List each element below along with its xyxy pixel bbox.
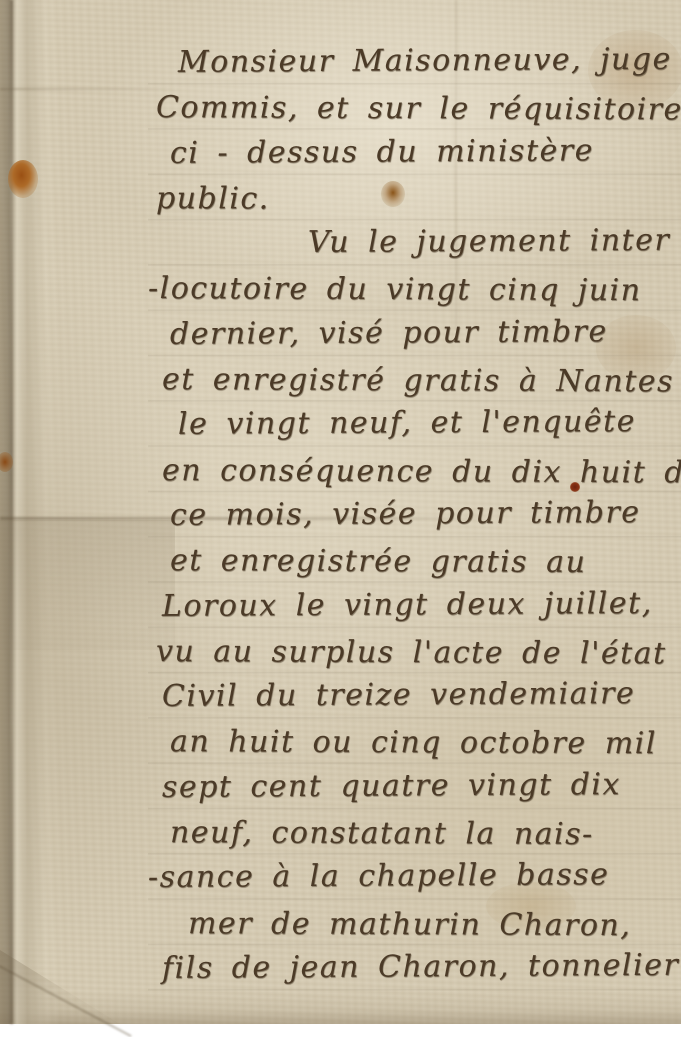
- text-line: -sance à la chapelle basse: [148, 852, 681, 901]
- rust-stain: [8, 160, 38, 198]
- text-line: vu au surplus l'acte de l'état: [148, 629, 681, 677]
- text-line: en conséquence du dix huit de: [148, 448, 681, 496]
- text-line: Commis, et sur le réquisitoire: [148, 85, 681, 133]
- text-line: ci - dessus du ministère: [148, 127, 681, 176]
- text-line: dernier, visé pour timbre: [148, 308, 681, 357]
- text-line: an huit ou cinq octobre mil: [148, 719, 681, 767]
- text-line: sept cent quatre vingt dix: [148, 761, 681, 810]
- text-line: Vu le jugement inter: [148, 218, 681, 267]
- text-line: Monsieur Maisonneuve, juge: [148, 37, 681, 86]
- manuscript-page: Monsieur Maisonneuve, juge Commis, et su…: [0, 0, 681, 1024]
- left-fold-ridge: [10, 0, 13, 1024]
- text-line: neuf, constatant la nais-: [148, 810, 681, 858]
- text-line: et enregistré gratis à Nantes: [148, 357, 681, 405]
- text-line: Loroux le vingt deux juillet,: [148, 580, 681, 629]
- text-line: Civil du treize vendemiaire: [148, 671, 681, 720]
- text-line: ce mois, visée pour timbre: [148, 490, 681, 539]
- text-line: le vingt neuf, et l'enquête: [148, 399, 681, 448]
- text-line: et enregistrée gratis au: [148, 538, 681, 586]
- text-line: mer de mathurin Charon,: [148, 901, 681, 949]
- text-line: fils de jean Charon, tonnelier: [148, 943, 681, 992]
- text-line: public.: [148, 176, 681, 224]
- text-line: -locutoire du vingt cinq juin: [148, 266, 681, 314]
- handwritten-text-block: Monsieur Maisonneuve, juge Commis, et su…: [148, 40, 681, 991]
- torn-paper-left-edge: [0, 0, 46, 1024]
